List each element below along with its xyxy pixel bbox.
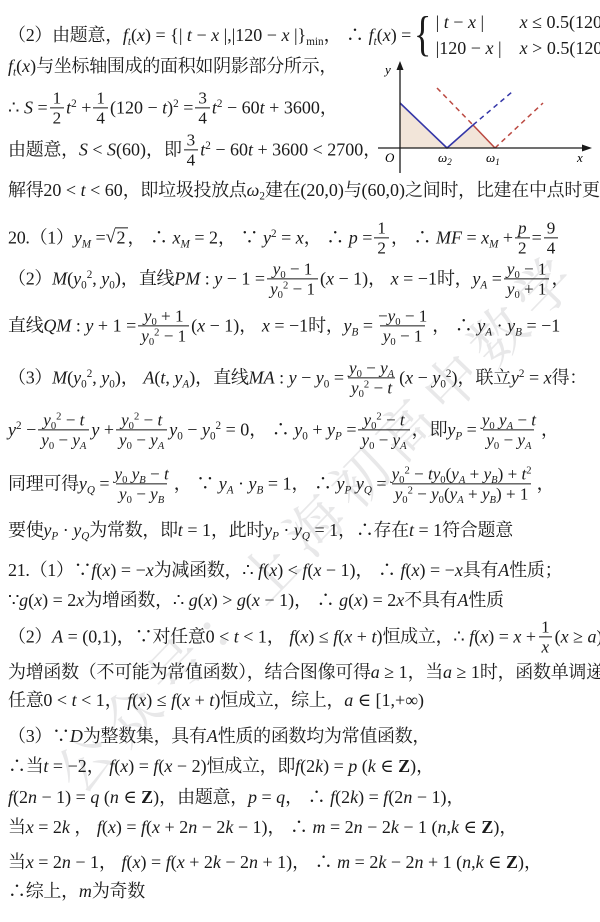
math-var: x xyxy=(405,368,413,388)
math-var: S xyxy=(107,140,116,160)
math-run: ， xyxy=(412,419,430,442)
math-var: S xyxy=(79,140,88,160)
math-var: A xyxy=(480,280,487,292)
cn-run: 恒成立，即 xyxy=(207,755,296,778)
math-var: x xyxy=(481,228,489,248)
math-var: n xyxy=(188,817,197,837)
math-run: y + xyxy=(91,419,114,442)
cn-run: 即 xyxy=(430,419,448,442)
fraction-denominator: y02 − y0(yA + yB) + 1 xyxy=(392,484,532,504)
math-var: t xyxy=(248,140,253,160)
math-var: a xyxy=(344,690,353,710)
shaded-region-right xyxy=(447,125,495,148)
fraction-denominator: y0 + 1 xyxy=(504,279,550,299)
math-var: x xyxy=(26,817,34,837)
math-var: t xyxy=(128,36,131,48)
fraction-numerator: 1 xyxy=(50,88,65,107)
math-run: = xyxy=(532,227,542,250)
math-run: ∴ S = xyxy=(8,97,48,120)
math-var: f xyxy=(333,627,338,647)
superscript: 2 xyxy=(519,369,525,381)
math-var: t xyxy=(371,627,376,647)
math-run: 0 < t < 1， f(x) ≤ f(x + t) xyxy=(43,689,220,712)
cn-run: 解得 xyxy=(8,179,43,202)
subscript: 0 xyxy=(109,280,115,292)
math-var: x xyxy=(137,25,145,45)
math-var: y xyxy=(337,474,345,494)
fraction-numerator: 9 xyxy=(544,218,559,237)
math-run: (x − y02)， xyxy=(399,367,475,390)
cn-run: ∵ xyxy=(8,589,19,612)
cn-run: 由题意， xyxy=(8,139,79,162)
fraction: y0 − yAy02 − t xyxy=(346,358,397,397)
cases-cond: x ≤ 0.5(120 + t) xyxy=(520,11,600,34)
fraction: y02 − ty0 − yA xyxy=(38,410,89,449)
cn-run: 性质； xyxy=(509,559,562,582)
math-var: x xyxy=(396,590,404,610)
math-var: P xyxy=(272,531,279,543)
math-var: y xyxy=(264,520,272,540)
math-var: t xyxy=(164,464,169,483)
cn-run: 直线 xyxy=(213,367,248,390)
math-run: f(x) = −x xyxy=(91,559,153,582)
fraction-denominator: 2 xyxy=(374,238,389,258)
math-run: yA = xyxy=(472,268,501,291)
text-line: 当 x = 2k ， f(x) = f(x + 2n − 2k − 1)， ∴ … xyxy=(8,816,517,839)
math-var: y xyxy=(482,485,490,504)
fraction: y0 − 1y02 − 1 xyxy=(267,259,318,298)
text-line: f(2n − 1) = q (n ∈ Z)， 由题意， p = q， ∴ f(2… xyxy=(8,786,464,809)
math-run: p = q， ∴ f(2k) = f(2n − 1)， xyxy=(248,786,465,809)
math-var: y xyxy=(72,431,80,450)
subscript: 0 xyxy=(127,495,132,506)
cn-run: 联立 xyxy=(475,367,510,390)
cases-expr: |120 − x | xyxy=(436,37,520,60)
fraction: −y0 − 1y0 − 1 xyxy=(375,306,430,345)
math-var: f xyxy=(258,560,263,580)
text-line: ∵ g(x) = 2x 为增函数， ∴ g(x) > g(x − 1)， ∴ g… xyxy=(8,589,504,612)
math-var: p xyxy=(348,756,357,776)
math-var: y xyxy=(361,431,369,450)
math-var: y xyxy=(150,431,158,450)
subscript: B xyxy=(515,327,522,339)
math-var: m xyxy=(337,852,350,872)
math-run: t2 − 60t + 3600 < 2700， xyxy=(200,139,381,162)
math-var: t xyxy=(157,410,162,429)
math-var: M xyxy=(249,368,264,388)
x-axis-label: x xyxy=(576,150,583,165)
math-var: y xyxy=(41,431,49,450)
math-var: x xyxy=(344,627,352,647)
fraction: y0 − 1y0 + 1 xyxy=(504,259,550,298)
math-var: y xyxy=(380,358,388,377)
math-run: 20 < t < 60 xyxy=(43,179,122,202)
subscript: P xyxy=(335,431,342,443)
fraction-numerator: y02 − t xyxy=(118,410,165,429)
cn-run: 具有 xyxy=(463,559,498,582)
math-var: k xyxy=(378,852,386,872)
math-run: y2 − xyxy=(8,419,36,442)
fraction-numerator: y0 yB − t xyxy=(112,464,172,483)
subscript: P xyxy=(272,531,279,543)
fraction: 1x xyxy=(538,617,553,656)
math-var: t xyxy=(80,410,85,429)
math-var: y xyxy=(451,464,459,483)
fraction-numerator: y0 − yA xyxy=(346,358,397,377)
math-var: x xyxy=(204,590,212,610)
math-var: p xyxy=(518,218,527,237)
math-var: n xyxy=(354,817,363,837)
math-var: Z xyxy=(506,852,518,872)
superscript: 2 xyxy=(446,369,452,381)
math-var: f xyxy=(122,852,127,872)
math-var: y xyxy=(141,327,149,346)
math-var: x xyxy=(164,756,172,776)
text-line: ft(x) 与坐标轴围成的面积如阴影部分所示， xyxy=(8,55,337,78)
math-var: q xyxy=(90,787,99,807)
math-var: Z xyxy=(481,817,493,837)
math-var: Q xyxy=(364,485,372,497)
math-var: M xyxy=(52,368,67,388)
math-run: f(2k) = p (k ∈ Z)， xyxy=(295,755,434,778)
subscript: t xyxy=(374,36,377,48)
text-line: （3） M(y02, y0)， A(t, yA)， 直线MA : y − y0 … xyxy=(8,358,587,397)
fraction-denominator: y02 − 1 xyxy=(138,326,189,346)
superscript: 2 xyxy=(404,466,409,477)
math-var: n xyxy=(403,787,412,807)
cn-run: ，即垃圾投放点 xyxy=(123,179,247,202)
cn-run: ，∴存在 xyxy=(338,519,409,542)
superscript: 2 xyxy=(173,99,179,111)
fraction-denominator: y0 − yA xyxy=(358,430,409,450)
math-run: (60,0) xyxy=(362,179,406,202)
math-var: y xyxy=(79,474,87,494)
math-run: ， ∴ yA · yB = −1 xyxy=(432,315,560,338)
superscript: 2 xyxy=(134,412,139,423)
math-var: t xyxy=(160,368,165,388)
subscript: 0 xyxy=(359,389,364,400)
math-var: y xyxy=(214,269,222,289)
math-var: x xyxy=(561,627,569,647)
subscript: A xyxy=(525,441,531,452)
math-run: (120 − t)2 = xyxy=(110,97,193,120)
subscript: 0 xyxy=(149,337,154,348)
math-run: ， ∴ xM = 2， ∵ y2 = x， ∴ p = xyxy=(128,227,373,250)
math-var: y xyxy=(327,420,335,440)
fraction-denominator: 4 xyxy=(544,238,559,258)
math-var: y xyxy=(356,474,364,494)
subscript: 0 xyxy=(109,379,115,391)
superscript: 2 xyxy=(87,369,93,381)
text-line: （2）由题意， ft(x) = {| t − x |,|120 − x |}mi… xyxy=(8,11,600,59)
math-var: g xyxy=(237,590,246,610)
math-var: n xyxy=(462,852,471,872)
cn-run: 不具有 xyxy=(404,589,457,612)
subscript: B xyxy=(158,495,164,506)
math-var: y xyxy=(202,420,210,440)
cn-run: 时， xyxy=(437,268,472,291)
fraction: y0 + 1y02 − 1 xyxy=(138,306,189,345)
subscript: 0 xyxy=(402,495,407,506)
cn-run: （2） xyxy=(8,268,52,291)
math-var: M xyxy=(489,239,498,251)
cn-run: 为增函数（不可能为常值函数），结合图像可得 xyxy=(8,661,371,684)
fraction-numerator: 1 xyxy=(374,218,389,237)
math-var: P xyxy=(51,531,58,543)
subscript: A xyxy=(480,280,487,292)
math-run: A xyxy=(207,725,218,748)
math-var: x xyxy=(34,590,42,610)
math-var: k xyxy=(368,756,376,776)
math-var: M xyxy=(436,228,451,248)
fraction-denominator: y0 − yA xyxy=(483,430,534,450)
fraction-denominator: y02 − 1 xyxy=(267,279,318,299)
math-run: yQ = xyxy=(79,473,110,496)
math-var: f xyxy=(141,817,146,837)
subscript: 0 xyxy=(49,441,54,452)
math-var: x xyxy=(26,852,34,872)
math-var: Z xyxy=(398,756,410,776)
subscript: Q xyxy=(87,485,95,497)
fraction: 12 xyxy=(374,218,389,257)
fraction-numerator: y02 − t xyxy=(360,410,407,429)
fraction-numerator: 3 xyxy=(195,88,210,107)
red-dashed-left-arm xyxy=(437,88,473,125)
subscript: 0 xyxy=(177,431,183,443)
math-var: y xyxy=(219,474,227,494)
math-run: y2 = x xyxy=(511,367,552,390)
math-run: QM : y + 1 = xyxy=(43,315,136,338)
math-var: x xyxy=(513,627,521,647)
math-var: y xyxy=(349,358,357,377)
fraction: 34 xyxy=(184,130,199,169)
subscript: t xyxy=(13,67,16,79)
math-var: A xyxy=(227,485,234,497)
subscript: A xyxy=(485,327,492,339)
cn-run: 与 xyxy=(344,179,362,202)
fraction: y02 − ty0 − yA xyxy=(116,410,167,449)
math-run: g(x) = 2x xyxy=(19,589,84,612)
math-var: x xyxy=(313,560,321,580)
cases-expr: | t − x | xyxy=(436,11,520,34)
red-dashed-right-arm xyxy=(495,103,543,148)
math-var: x xyxy=(108,817,116,837)
cn-run: 得： xyxy=(552,367,587,390)
math-var: f xyxy=(97,817,102,837)
origin-label: O xyxy=(385,150,395,165)
math-var: y xyxy=(431,485,439,504)
math-var: g xyxy=(19,590,28,610)
math-run: MA : y − y0 = xyxy=(249,367,344,390)
math-run: M(y02, y0)， A(t, yA)， xyxy=(52,367,213,390)
text-line: 为增函数（不可能为常值函数），结合图像可得a ≥ 1，当a ≥ 1时，函数单调递… xyxy=(8,661,600,684)
fraction: 12 xyxy=(50,88,65,127)
math-var: x xyxy=(383,25,391,45)
math-var: M xyxy=(52,269,67,289)
cn-run: 直线 xyxy=(8,315,43,338)
superscript: 2 xyxy=(71,99,77,111)
math-var: A xyxy=(457,495,463,506)
fraction: y0 yA − ty0 − yA xyxy=(479,410,539,449)
math-run: yB = xyxy=(344,315,373,338)
math-run: yP = xyxy=(447,419,476,442)
math-run: A = (0,1)， xyxy=(52,626,135,649)
sqrt: √2 xyxy=(106,228,128,249)
math-var: y xyxy=(121,410,129,429)
cn-run: 同理可得 xyxy=(8,473,79,496)
math-var: y xyxy=(289,368,297,388)
cn-run: 当 xyxy=(8,816,26,839)
math-var: A xyxy=(207,726,218,746)
blue-dashed-arm xyxy=(473,92,512,125)
math-var: B xyxy=(515,327,522,339)
math-var: B xyxy=(158,495,164,506)
math-var: p xyxy=(349,228,358,248)
subscript: Q xyxy=(302,531,310,543)
math-run: t2 + xyxy=(66,97,91,120)
math-run: S < S(60)， xyxy=(79,139,164,162)
subscript: 0 xyxy=(369,441,374,452)
math-var: A xyxy=(400,441,406,452)
math-var: k xyxy=(315,756,323,776)
math-var: x xyxy=(468,12,476,32)
math-var: t xyxy=(81,180,86,200)
fraction-denominator: 2 xyxy=(50,108,65,128)
fraction-numerator: y0 − 1 xyxy=(270,259,316,278)
fraction-denominator: y0 − yA xyxy=(116,430,167,450)
math-run: ， xyxy=(537,473,555,496)
math-run: ft(x) xyxy=(8,55,36,78)
subscript: 0 xyxy=(494,441,499,452)
piecewise-cases: {| t − x |x ≤ 0.5(120 + t)|120 − x |x > … xyxy=(411,11,600,59)
omega2-label: ω2 xyxy=(438,150,452,167)
math-var: q xyxy=(276,787,285,807)
math-var: x xyxy=(76,590,84,610)
math-run: D xyxy=(70,725,83,748)
subscript: B xyxy=(257,485,264,497)
math-var: x xyxy=(262,316,270,336)
math-var: f xyxy=(127,690,132,710)
math-var: f xyxy=(109,756,114,776)
superscript: 2 xyxy=(56,412,61,423)
text-line: 由题意， S < S(60)， 即34t2 − 60t + 3600 < 270… xyxy=(8,130,381,169)
superscript: 2 xyxy=(87,270,93,282)
math-var: f xyxy=(289,627,294,647)
math-var: f xyxy=(166,852,171,872)
fraction: y0 yB − ty0 − yB xyxy=(112,464,172,503)
math-var: y xyxy=(499,410,507,429)
math-run: x = 2k ， f(x) = f(x + 2n − 2k − 1)， ∴ m … xyxy=(26,816,518,839)
math-run: yP · yQ xyxy=(43,519,89,542)
math-var: k xyxy=(350,787,358,807)
cn-run: 为减函数， xyxy=(154,559,243,582)
math-var: x xyxy=(133,852,141,872)
math-var: y xyxy=(169,420,177,440)
text-line: ∴ S = 12t2 + 14(120 − t)2 = 34t2 − 60t +… xyxy=(8,88,338,127)
math-var: t xyxy=(374,36,377,48)
cn-run: 21.（1）∵ xyxy=(8,559,91,582)
math-var: P xyxy=(455,431,462,443)
omega1-label: ω1 xyxy=(486,150,500,167)
subscript: 0 xyxy=(278,290,283,301)
math-var: x xyxy=(296,228,304,248)
math-var: y xyxy=(294,520,302,540)
math-var: A xyxy=(264,368,275,388)
math-var: m xyxy=(313,817,326,837)
cn-run: ，此时 xyxy=(211,519,264,542)
math-var: y xyxy=(351,379,359,398)
math-var: P xyxy=(345,485,352,497)
cn-run: 为奇数 xyxy=(92,880,145,903)
text-line: 同理可得 yQ = y0 yB − ty0 − yB， ∵ yA · yB = … xyxy=(8,464,555,503)
math-var: F xyxy=(451,228,462,248)
math-var: y xyxy=(8,420,16,440)
math-var: x xyxy=(542,638,550,657)
math-var: y xyxy=(344,316,352,336)
fraction-numerator: y0 + 1 xyxy=(141,306,187,325)
cn-run: 即 xyxy=(164,139,182,162)
math-var: t xyxy=(162,98,167,118)
superscript: 2 xyxy=(154,328,159,339)
subscript: M xyxy=(489,239,498,251)
math-var: x xyxy=(138,690,146,710)
math-var: A xyxy=(80,441,86,452)
math-run: ∴ f(x) = x + xyxy=(453,626,536,649)
text-line: 要使 yP · yQ 为常数，即 t = 1 ，此时 yP · yQ = 1 ，… xyxy=(8,519,513,542)
math-var: Q xyxy=(302,531,310,543)
cn-run: 20.（1） xyxy=(8,227,74,250)
cn-run: （2） xyxy=(8,626,52,649)
math-var: a xyxy=(588,627,597,647)
fraction-numerator: −y0 − 1 xyxy=(375,306,430,325)
fraction-denominator: 4 xyxy=(93,108,108,128)
math-var: x xyxy=(269,560,277,580)
cn-run: 与坐标轴围成的面积如阴影部分所示， xyxy=(36,55,337,78)
fraction-denominator: x xyxy=(539,637,553,657)
math-var: Q xyxy=(81,531,89,543)
superscript: 2 xyxy=(216,421,222,433)
math-var: y xyxy=(507,316,515,336)
cn-run: 直线 xyxy=(139,268,174,291)
cases-row: | t − x |x ≤ 0.5(120 + t) xyxy=(436,11,600,34)
math-var: f xyxy=(330,787,335,807)
math-var: y xyxy=(249,474,257,494)
subscript: M xyxy=(82,239,91,251)
math-var: t xyxy=(13,67,16,79)
fraction-numerator: p xyxy=(515,218,530,237)
math-var: y xyxy=(511,368,519,388)
math-var: A xyxy=(182,379,189,391)
math-var: t xyxy=(209,690,214,710)
fraction-numerator: 3 xyxy=(184,130,199,149)
math-var: x xyxy=(485,38,493,58)
math-run: (x ≥ a) xyxy=(555,626,600,649)
math-var: x xyxy=(520,38,528,58)
cn-run: ∴当 xyxy=(8,755,43,778)
subscript: min xyxy=(306,36,323,48)
figure-graph: y O ω2 ω1 x xyxy=(376,61,598,179)
math-var: f xyxy=(401,560,406,580)
superscript: 2 xyxy=(376,412,381,423)
math-var: A xyxy=(498,560,509,580)
math-run: t2 − 60t + 3600， xyxy=(212,97,338,120)
fraction-denominator: 2 xyxy=(515,238,530,258)
math-var: y xyxy=(150,485,158,504)
math-run: a ≥ 1 xyxy=(371,661,408,684)
fraction-numerator: y0 yA − t xyxy=(479,410,539,429)
math-var: y xyxy=(73,269,81,289)
math-var: f xyxy=(469,627,474,647)
